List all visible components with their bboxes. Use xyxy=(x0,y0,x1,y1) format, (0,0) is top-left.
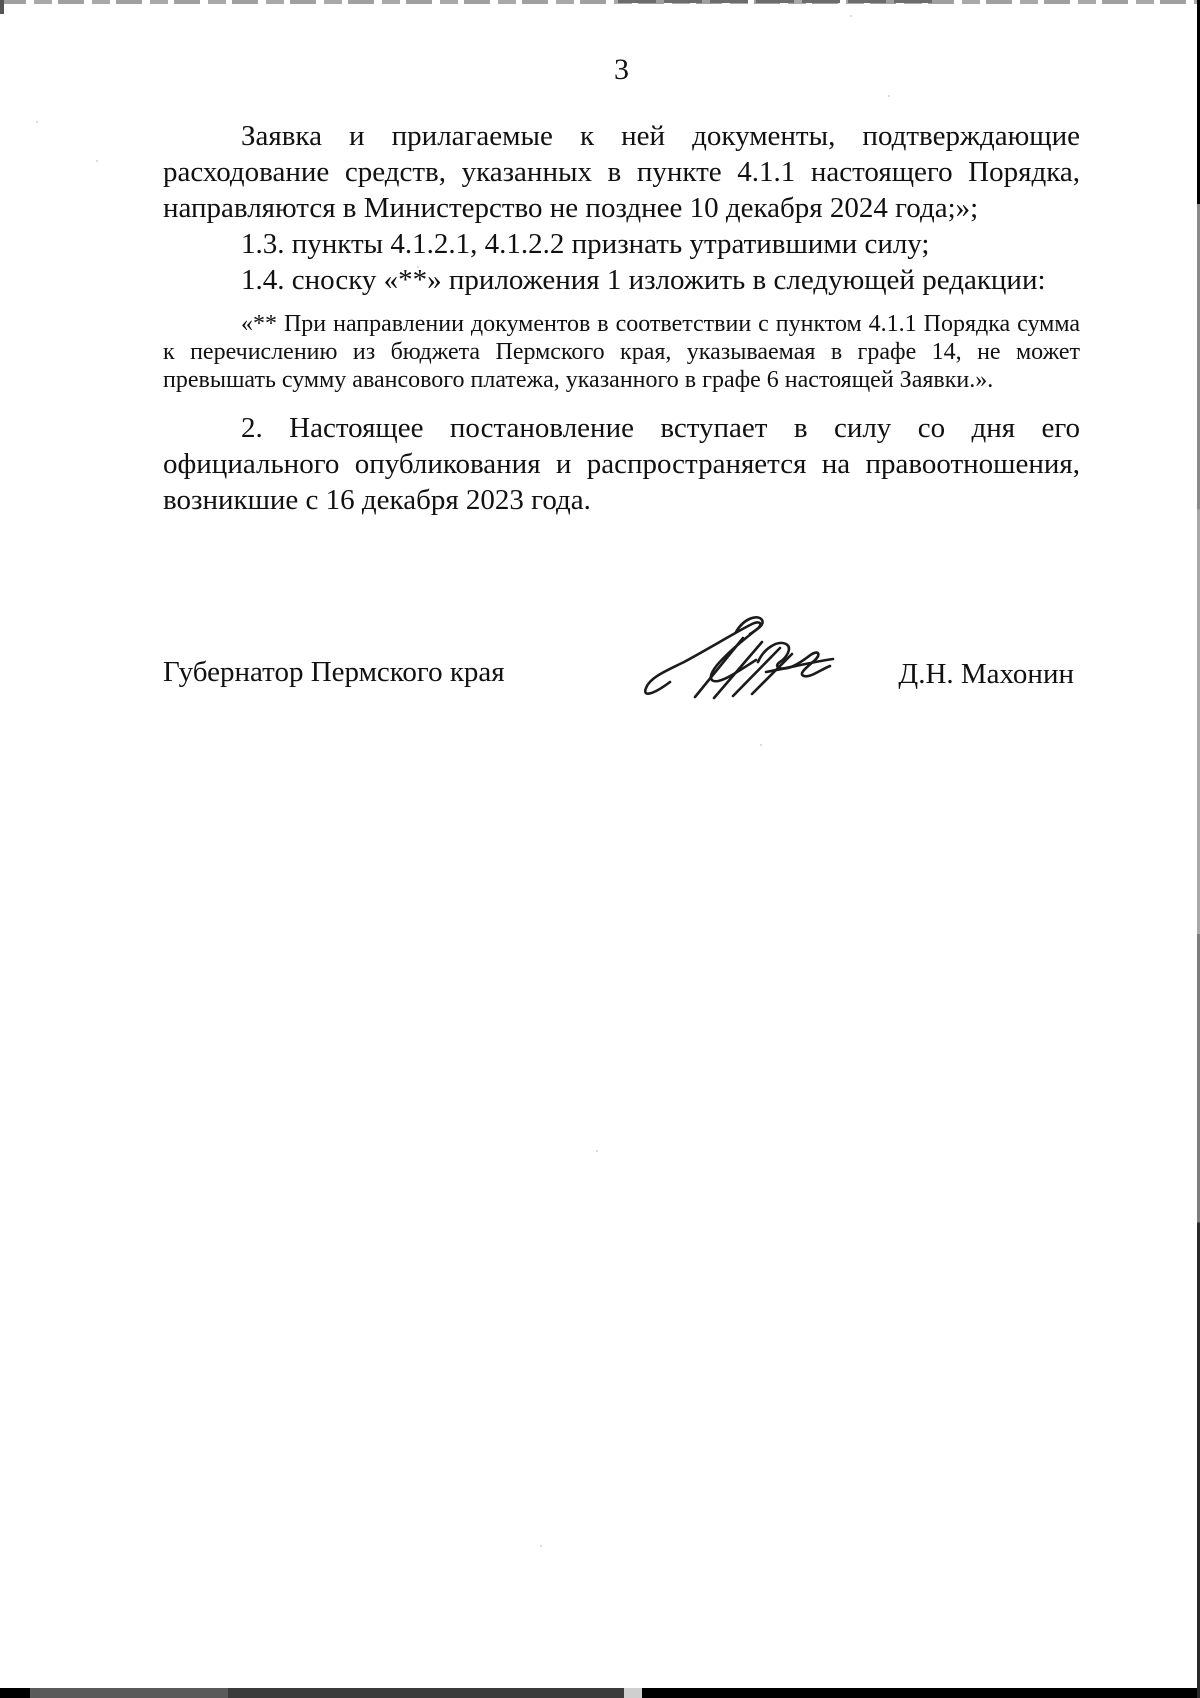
text-line: «** При направлении документов в соответ… xyxy=(163,310,1080,338)
text-block: 3 Заявка и прилагаемые к ней документы, … xyxy=(163,52,1080,754)
signature-scrawl-icon xyxy=(640,609,835,701)
top-left-corner-artifact xyxy=(0,0,4,14)
paragraph-1: Заявка и прилагаемые к ней документы, по… xyxy=(163,118,1080,226)
signature-title: Губернатор Пермского края xyxy=(163,654,505,690)
scan-speck xyxy=(596,1150,598,1152)
bottom-edge-scan-artifact xyxy=(0,1688,1200,1698)
text-line: превышать сумму авансового платежа, указ… xyxy=(163,366,1080,394)
signature-name: Д.Н. Махонин xyxy=(898,656,1074,692)
top-edge-scan-artifact-dark xyxy=(618,0,938,3)
footnote-paragraph: «** При направлении документов в соответ… xyxy=(163,310,1080,394)
scan-speck xyxy=(36,121,38,123)
scan-speck xyxy=(850,15,852,17)
item-1-4: 1.4. сноску «**» приложения 1 изложить в… xyxy=(163,262,1080,298)
text-line: Заявка и прилагаемые к ней документы, по… xyxy=(163,118,1080,154)
page-number: 3 xyxy=(163,52,1080,88)
scan-speck xyxy=(96,160,98,162)
paragraph-2: 2. Настоящее постановление вступает в си… xyxy=(163,410,1080,518)
scan-speck xyxy=(540,1545,542,1547)
item-1-3: 1.3. пункты 4.1.2.1, 4.1.2.2 признать ут… xyxy=(163,226,1080,262)
text-line: к перечислению из бюджета Пермского края… xyxy=(163,338,1080,366)
top-edge-scan-artifact xyxy=(0,0,1200,4)
signature-row: Губернатор Пермского края Д.Н. Махонин xyxy=(163,654,1080,754)
text-line: расходование средств, указанных в пункте… xyxy=(163,154,1080,190)
text-line: официального опубликования и распростран… xyxy=(163,446,1080,482)
text-line: направляются в Министерство не позднее 1… xyxy=(163,190,1080,226)
document-page: 3 Заявка и прилагаемые к ней документы, … xyxy=(0,0,1200,1698)
text-line: возникшие с 16 декабря 2023 года. xyxy=(163,482,1080,518)
text-line: 2. Настоящее постановление вступает в си… xyxy=(163,410,1080,446)
